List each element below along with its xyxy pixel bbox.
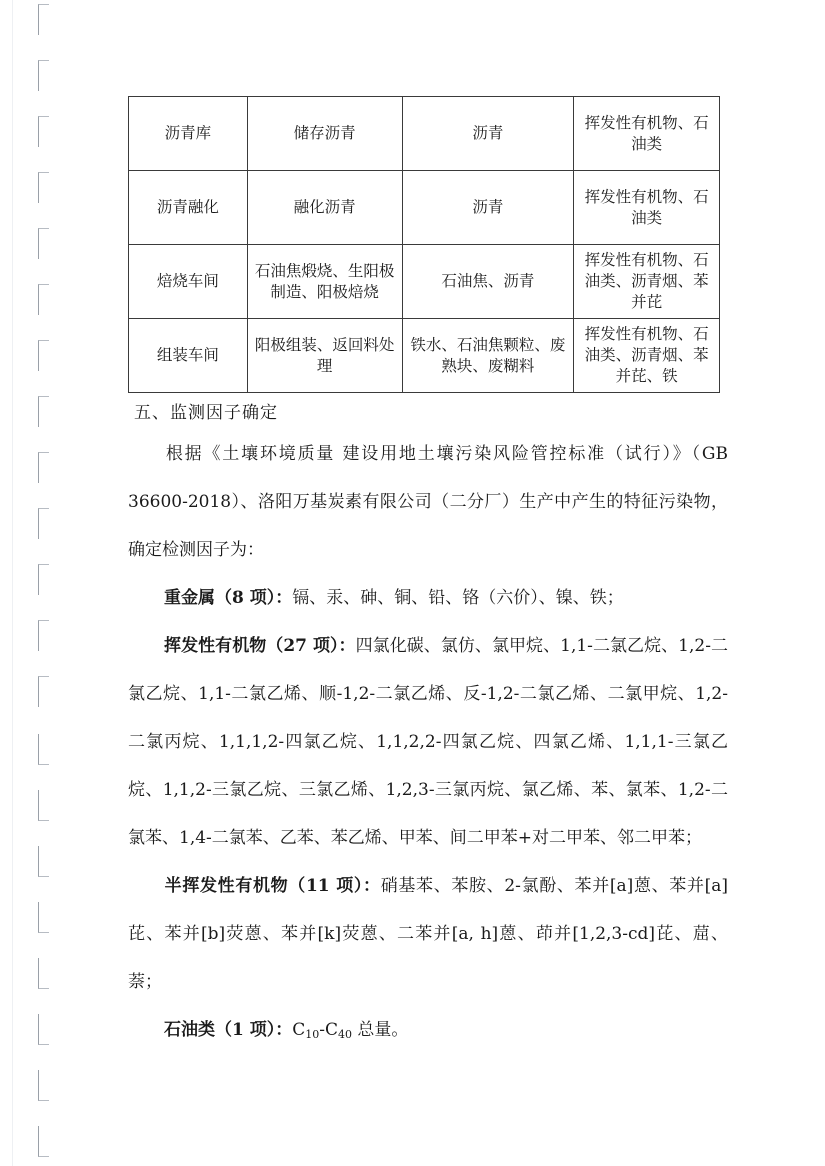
binding-mark — [38, 228, 49, 259]
binding-mark — [38, 60, 49, 91]
materials-cell: 沥青 — [402, 171, 574, 245]
binding-mark — [38, 1070, 49, 1101]
table-row: 沥青库 储存沥青 沥青 挥发性有机物、石油类 — [129, 97, 720, 171]
carbon-start-sub: 10 — [305, 1028, 319, 1041]
pollution-source-table: 沥青库 储存沥青 沥青 挥发性有机物、石油类 沥青融化 融化沥青 沥青 挥发性有… — [128, 96, 720, 393]
binding-mark — [38, 172, 49, 203]
area-cell: 组装车间 — [129, 319, 248, 393]
heavy-metals-text: 镉、汞、砷、铜、铅、铬（六价）、镍、铁； — [292, 588, 624, 608]
vocs-text: 四氯化碳、氯仿、氯甲烷、1,1-二氯乙烷、1,2-二氯乙烷、1,1-二氯乙烯、顺… — [128, 636, 728, 848]
heavy-metals-label: 重金属（8 项）： — [164, 588, 292, 608]
area-cell: 沥青库 — [129, 97, 248, 171]
margin-line — [12, 0, 13, 1166]
binding-mark — [38, 958, 49, 989]
binding-mark — [38, 734, 49, 765]
materials-cell: 沥青 — [402, 97, 574, 171]
intro-paragraph: 根据《土壤环境质量 建设用地土壤污染风险管控标准（试行）》（GB 36600-2… — [128, 430, 728, 574]
binding-margin — [0, 0, 60, 1166]
intro-text: 根据《土壤环境质量 建设用地土壤污染风险管控标准（试行）》（GB 36600-2… — [128, 444, 728, 560]
heavy-metals-paragraph: 重金属（8 项）：镉、汞、砷、铜、铅、铬（六价）、镍、铁； — [128, 574, 728, 622]
binding-mark — [38, 620, 49, 651]
process-cell: 储存沥青 — [247, 97, 402, 171]
petroleum-label: 石油类（1 项）： — [164, 1020, 292, 1040]
carbon-start: C — [292, 1020, 305, 1040]
binding-mark — [38, 1014, 49, 1045]
binding-mark — [38, 564, 49, 595]
table-row: 焙烧车间 石油焦煅烧、生阳极制造、阳极焙烧 石油焦、沥青 挥发性有机物、石油类、… — [129, 245, 720, 319]
table-row: 沥青融化 融化沥青 沥青 挥发性有机物、石油类 — [129, 171, 720, 245]
process-cell: 融化沥青 — [247, 171, 402, 245]
pollutants-cell: 挥发性有机物、石油类、沥青烟、苯并芘 — [574, 245, 720, 319]
carbon-dash: -C — [319, 1020, 338, 1040]
pollutants-cell: 挥发性有机物、石油类 — [574, 97, 720, 171]
binding-mark — [38, 340, 49, 371]
petroleum-paragraph: 石油类（1 项）：C10-C40 总量。 — [128, 1006, 728, 1054]
process-cell: 阳极组装、返回料处理 — [247, 319, 402, 393]
pollutants-cell: 挥发性有机物、石油类 — [574, 171, 720, 245]
binding-mark — [38, 1126, 49, 1157]
binding-mark — [38, 4, 49, 35]
table-row: 组装车间 阳极组装、返回料处理 铁水、石油焦颗粒、废熟块、废糊料 挥发性有机物、… — [129, 319, 720, 393]
vocs-paragraph: 挥发性有机物（27 项）：四氯化碳、氯仿、氯甲烷、1,1-二氯乙烷、1,2-二氯… — [128, 622, 728, 862]
materials-cell: 石油焦、沥青 — [402, 245, 574, 319]
binding-mark — [38, 790, 49, 821]
binding-mark — [38, 676, 49, 707]
carbon-end-sub: 40 — [338, 1028, 352, 1041]
binding-mark — [38, 902, 49, 933]
svocs-label: 半挥发性有机物（11 项）： — [164, 876, 381, 896]
materials-cell: 铁水、石油焦颗粒、废熟块、废糊料 — [402, 319, 574, 393]
svocs-paragraph: 半挥发性有机物（11 项）：硝基苯、苯胺、2-氯酚、苯并[a]蒽、苯并[a]芘、… — [128, 862, 728, 1006]
binding-mark — [38, 452, 49, 483]
binding-mark — [38, 508, 49, 539]
process-cell: 石油焦煅烧、生阳极制造、阳极焙烧 — [247, 245, 402, 319]
pollutants-cell: 挥发性有机物、石油类、沥青烟、苯并芘、铁 — [574, 319, 720, 393]
petroleum-suffix: 总量。 — [352, 1020, 408, 1040]
area-cell: 沥青融化 — [129, 171, 248, 245]
binding-mark — [38, 396, 49, 427]
binding-mark — [38, 846, 49, 877]
binding-mark — [38, 116, 49, 147]
binding-mark — [38, 284, 49, 315]
section-heading: 五、监测因子确定 — [134, 398, 278, 423]
vocs-label: 挥发性有机物（27 项）： — [164, 636, 356, 656]
area-cell: 焙烧车间 — [129, 245, 248, 319]
